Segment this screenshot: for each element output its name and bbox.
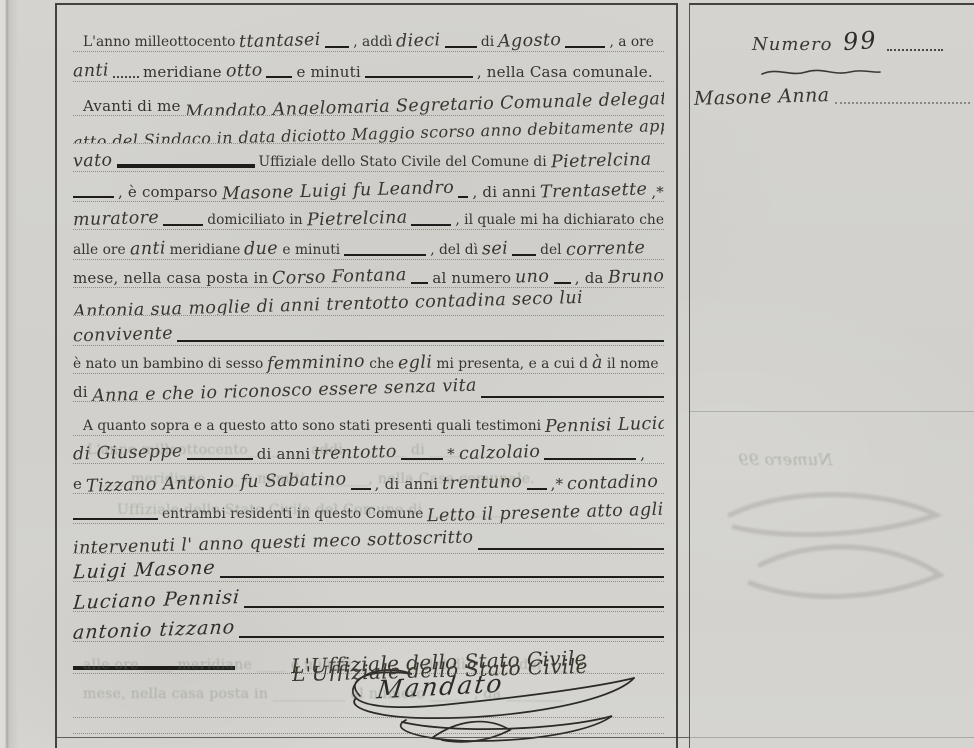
handwritten-text: sei — [482, 239, 509, 259]
act-line-9: mese, nella casa posta inCorso Fontanaal… — [73, 259, 664, 288]
printed-text: è nato un bambino di sesso — [73, 357, 263, 373]
printed-text: , addì — [353, 35, 392, 51]
handwritten-text: femminino — [267, 352, 365, 374]
handwritten-text: intervenuti l' anno questi meco sottoscr… — [73, 528, 474, 554]
ghost-flourish-bleedthrough — [700, 475, 960, 615]
handwritten-text: Agosto — [498, 31, 562, 52]
act-line-11: convivente — [73, 317, 664, 346]
act-line-5: vatoUffiziale dello Stato Civile del Com… — [73, 143, 664, 172]
blank-line-fill — [239, 633, 664, 638]
handwritten-text: ttantasei — [239, 31, 321, 52]
printed-text: , è comparso — [118, 184, 218, 201]
act-line-2: antimeridianeottoe minuti, nella Casa co… — [73, 53, 664, 82]
printed-text: ,* — [551, 476, 564, 493]
act-line-21: antonio tizzano — [73, 613, 664, 642]
handwritten-text: vato — [73, 151, 113, 171]
blank-line — [325, 43, 349, 48]
birth-act-form: Mandato L'anno milleottocentottantasei, … — [55, 3, 678, 748]
act-line-1: L'anno milleottocentottantasei, addìdiec… — [73, 23, 664, 52]
printed-text: , del dì — [430, 243, 478, 259]
printed-text: al numero — [432, 270, 511, 287]
blank-line — [544, 455, 636, 460]
handwritten-text: Mandato Angelomaria Segretario Comunale … — [184, 88, 664, 116]
bottom-rule — [55, 737, 690, 738]
blank-line — [266, 73, 292, 78]
handwritten-text: atto del Sindaco in data diciotto Maggio… — [73, 117, 664, 144]
blank-line — [365, 73, 473, 78]
handwritten-text: uno — [515, 267, 550, 287]
printed-text: Avanti di me — [83, 98, 181, 115]
printed-text: L'anno milleottocento — [83, 35, 235, 51]
printed-text: di — [481, 35, 494, 51]
signature-text: Luigi Masone — [73, 558, 217, 582]
printed-text: il nome — [607, 357, 659, 373]
dotted-line — [113, 73, 139, 78]
registrant-name: Masone Anna — [694, 85, 830, 110]
blank-line — [512, 251, 536, 256]
blank-line — [411, 221, 451, 226]
act-number-row: Numero 99 — [752, 27, 943, 55]
margin-column: Numero 99 Masone Anna Numero 99 — [689, 3, 974, 748]
printed-text: , — [640, 446, 645, 463]
act-line-13: diAnna e che io riconosco essere senza v… — [73, 373, 664, 402]
printed-text: , a ore — [609, 35, 653, 51]
blank-line — [163, 221, 203, 226]
act-line-20: Luciano Pennisi — [73, 583, 664, 612]
official-title-line: L'Uffiziale dello Stato Civile — [292, 653, 664, 681]
blank-line-fill — [220, 573, 664, 578]
blank-line — [554, 279, 571, 284]
blank-line-fill — [177, 337, 664, 342]
blank-line-fill — [478, 545, 664, 550]
blank-line-fill — [244, 603, 664, 608]
blank-line — [445, 43, 477, 48]
printed-text: di — [73, 384, 88, 401]
printed-text: e — [73, 476, 82, 493]
signature-text: antonio tizzano — [73, 617, 236, 642]
registrant-name-row: Masone Anna — [694, 87, 970, 108]
act-line-4: atto del Sindaco in data diciotto Maggio… — [73, 115, 664, 144]
printed-text: , nella Casa comunale. — [477, 64, 653, 81]
numero-dotted-line — [887, 46, 943, 51]
printed-text: mese, nella casa posta in — [73, 270, 268, 287]
handwritten-text: dieci — [396, 31, 441, 51]
blank-line — [344, 251, 426, 256]
act-line-10: Antonia sua moglie di anni trentotto con… — [73, 287, 664, 316]
printed-text: , di anni — [472, 184, 536, 201]
printed-text: ,* — [651, 184, 664, 201]
act-line-19: Luigi Masone — [73, 553, 664, 582]
act-line-6: , è comparsoMasone Luigi fu Leandro, di … — [73, 173, 664, 202]
act-line-14: A quanto sopra e a questo atto sono stat… — [73, 407, 664, 436]
numero-label: Numero — [752, 34, 833, 55]
handwritten-text: Anna e che io riconosco essere senza vit… — [92, 376, 477, 402]
act-line-3: Avanti di meMandato Angelomaria Segretar… — [73, 87, 664, 116]
ghost-numero-bleedthrough: Numero 99 — [738, 450, 832, 469]
thick-blank-line — [117, 161, 255, 168]
printed-text: e minuti — [296, 64, 360, 81]
handwritten-text: muratore — [73, 209, 159, 230]
printed-text: domiciliato in — [207, 213, 302, 229]
handwritten-text: Antonia sua moglie di anni trentotto con… — [73, 289, 583, 316]
numero-value: 99 — [842, 26, 878, 56]
handwritten-text: à — [592, 354, 603, 374]
blank-line — [73, 193, 114, 198]
squiggle-divider-icon — [756, 65, 886, 79]
signature-text: Luciano Pennisi — [73, 587, 241, 612]
handwritten-text: egli — [398, 353, 433, 373]
blank-line — [458, 193, 469, 198]
printed-text: del — [540, 243, 561, 259]
ghost-bleedthrough-line-5: mese, nella casa posta in __________ al … — [83, 686, 564, 702]
blank-line — [411, 279, 428, 284]
act-line-25 — [73, 721, 664, 748]
handwritten-text: Masone Luigi fu Leandro — [221, 179, 454, 202]
handwritten-text: Corso Fontana — [272, 266, 407, 288]
handwritten-text: due — [244, 239, 279, 259]
printed-text: mi presenta, e a cui d — [436, 357, 588, 373]
handwritten-text: Trentasette — [540, 180, 648, 202]
official-title-text: L'Uffiziale dello Stato Civile — [292, 655, 588, 681]
ghost-bleedthrough-line-3: Uffiziale dello Stato Civile del Comune … — [117, 502, 515, 518]
printed-text: e minuti — [282, 243, 340, 259]
printed-text: Uffiziale dello Stato Civile del Comune … — [259, 155, 547, 171]
handwritten-text: anti — [73, 61, 109, 81]
act-line-7: muratoredomiciliato inPietrelcina, il qu… — [73, 201, 664, 230]
printed-text: , da — [575, 270, 604, 287]
printed-text: A quanto sopra e a questo atto sono stat… — [83, 419, 541, 435]
printed-text: meridiane — [143, 64, 222, 81]
blank-line — [565, 43, 605, 48]
printed-text: alle ore — [73, 243, 126, 259]
handwritten-text: Bruno — [607, 267, 664, 288]
handwritten-text: otto — [225, 61, 262, 81]
printed-text: , il quale mi ha dichiarato che — [455, 213, 664, 229]
act-line-12: è nato un bambino di sessofemmininocheeg… — [73, 345, 664, 374]
name-dotted-line — [835, 99, 970, 104]
ghost-rule-bleedthrough — [690, 411, 974, 412]
blank-line-fill — [481, 393, 664, 398]
handwritten-text: Pennisi Luciano — [545, 414, 664, 436]
scanner-edge — [0, 0, 18, 748]
ghost-bleedthrough-line-2: ____ meridiane ____ e minuti ________, n… — [97, 471, 535, 487]
handwritten-text: corrente — [565, 239, 645, 260]
ghost-bleedthrough-line-1: L'anno milleottocento________ addì _____… — [87, 442, 503, 458]
printed-text: che — [369, 357, 394, 373]
act-line-8: alle oreantimeridianeduee minuti, del dì… — [73, 231, 664, 260]
handwritten-text: contadino — [567, 472, 659, 494]
printed-text: meridiane — [170, 243, 241, 259]
handwritten-text: convivente — [73, 324, 173, 346]
act-line-18: intervenuti l' anno questi meco sottoscr… — [73, 525, 664, 554]
handwritten-text: anti — [129, 239, 165, 259]
handwritten-text: Pietrelcina — [550, 150, 651, 172]
handwritten-text: Pietrelcina — [306, 208, 407, 230]
